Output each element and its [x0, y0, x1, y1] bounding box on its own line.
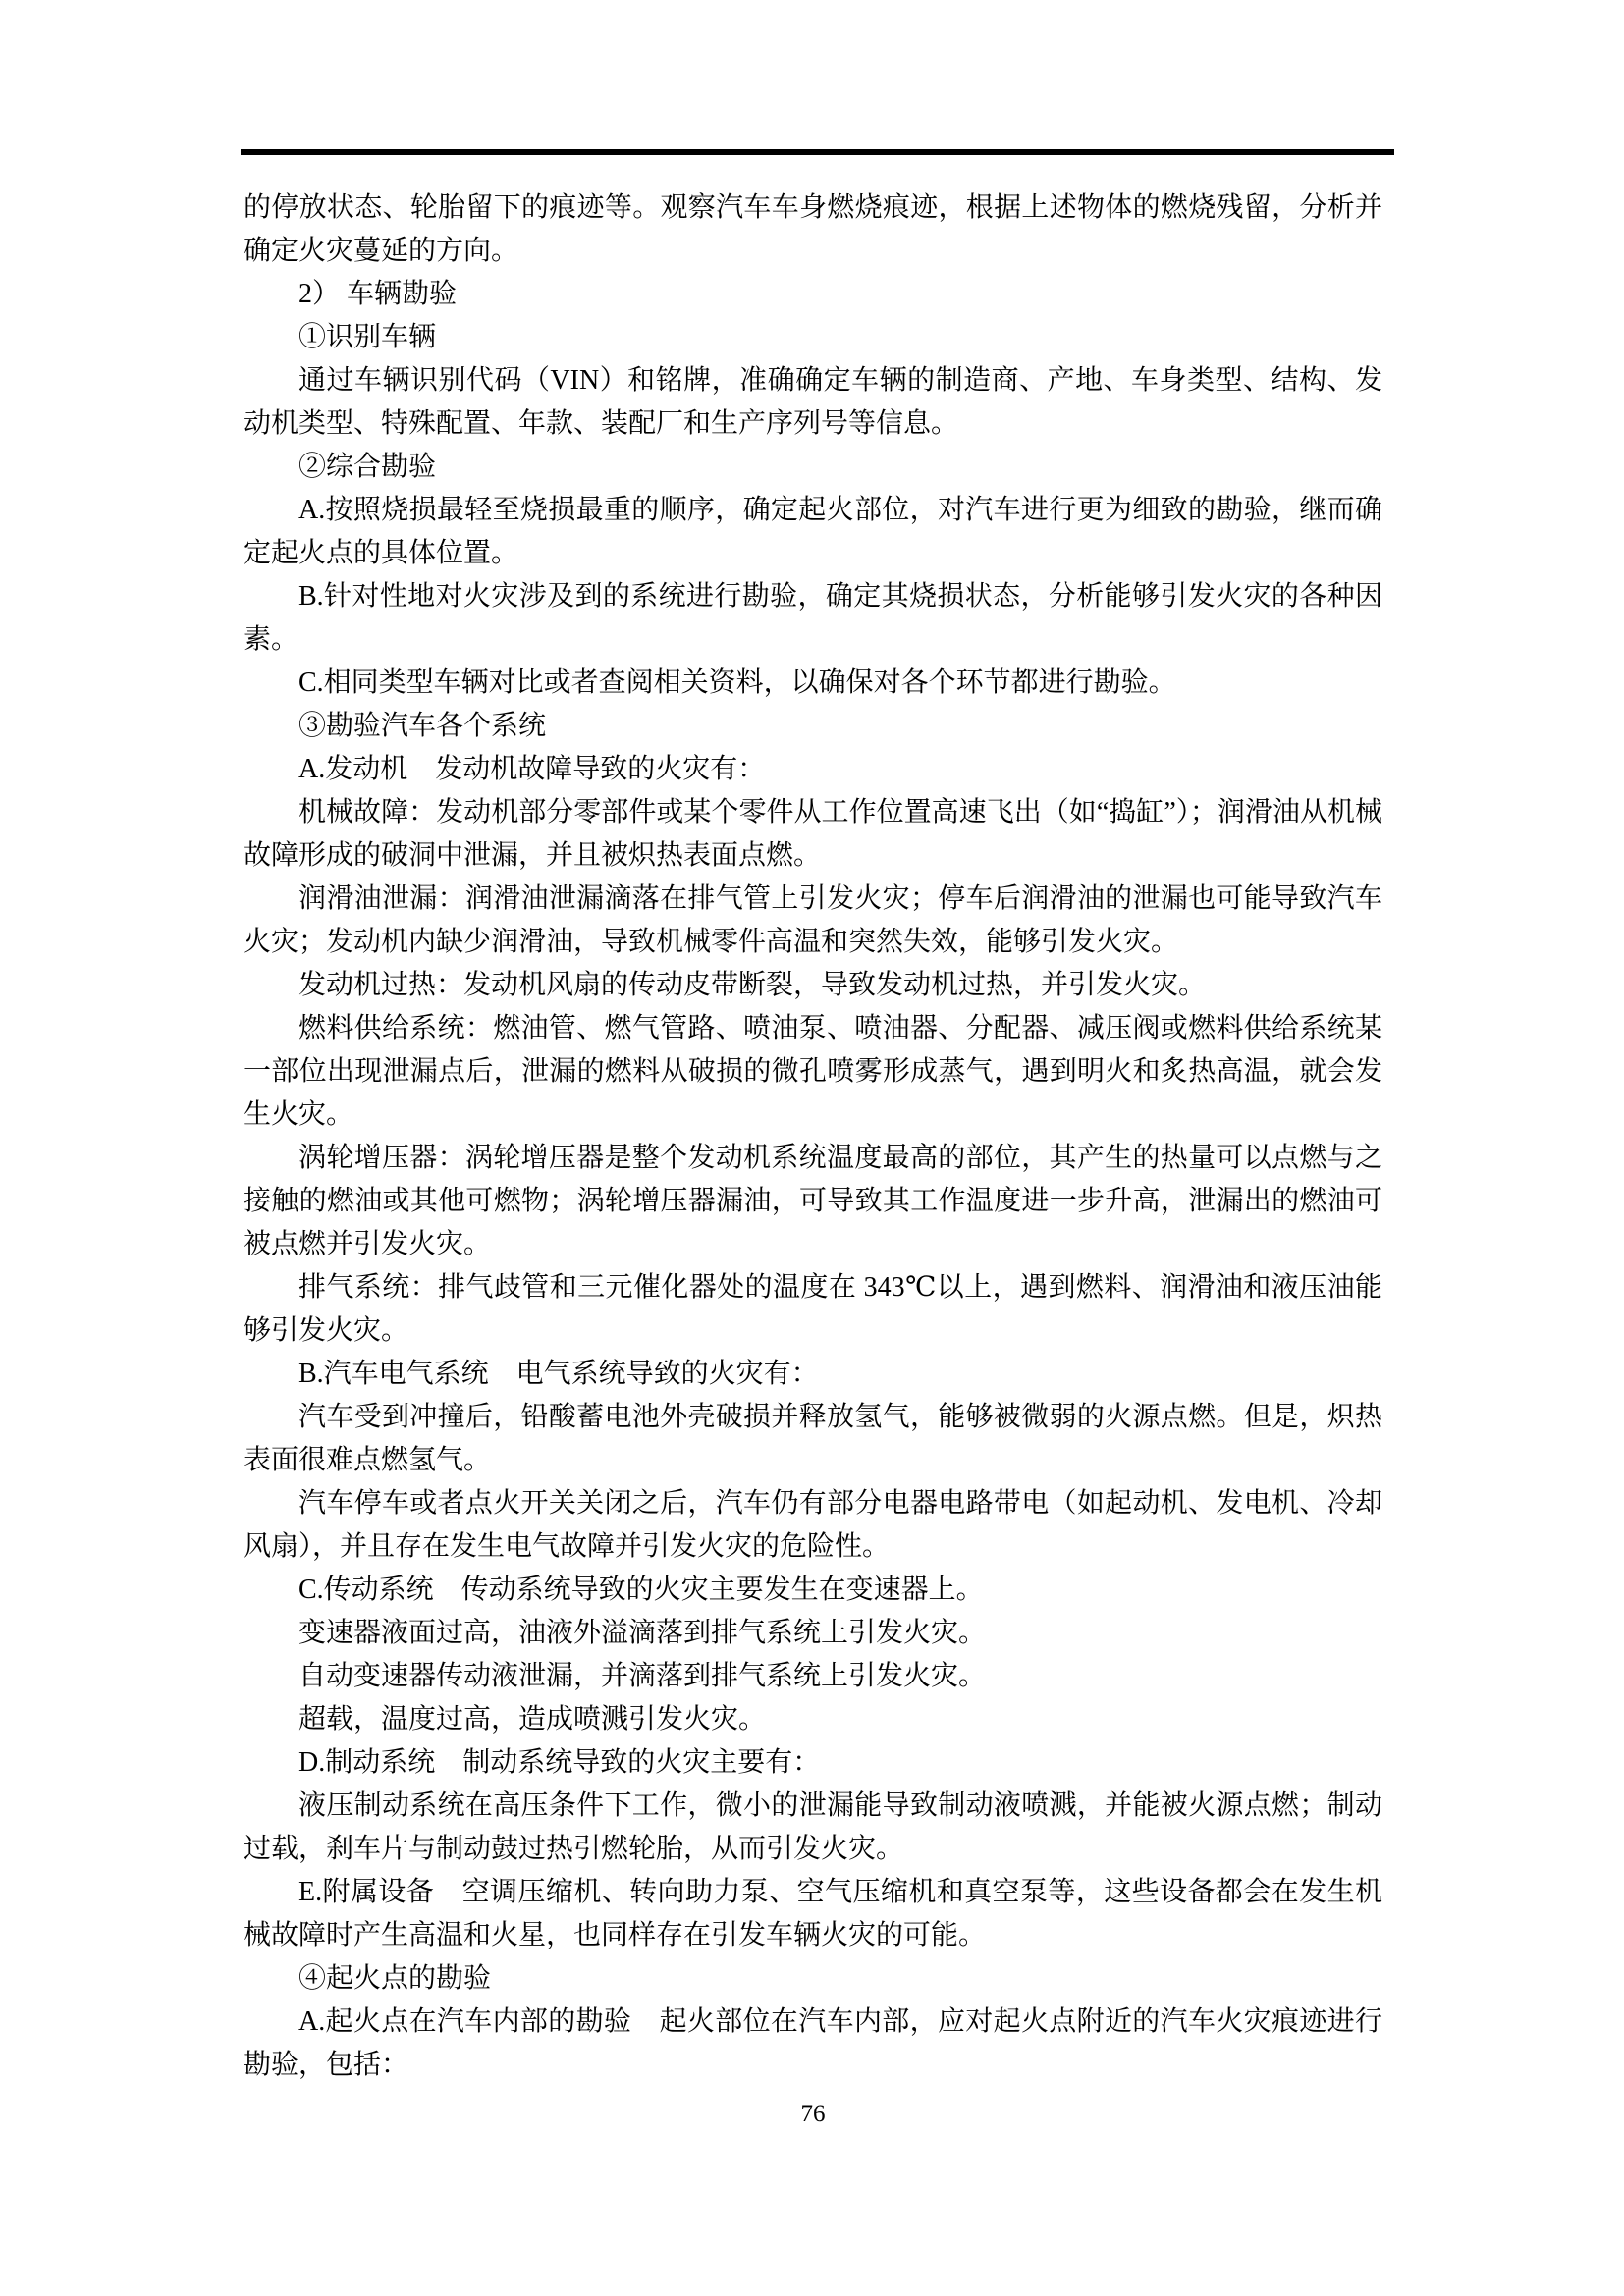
- paragraph: A.按照烧损最轻至烧损最重的顺序，确定起火部位，对汽车进行更为细致的勘验，继而确…: [244, 489, 1382, 575]
- paragraph: 汽车停车或者点火开关关闭之后，汽车仍有部分电器电路带电（如起动机、发电机、冷却风…: [244, 1482, 1382, 1569]
- paragraph: 燃料供给系统：燃油管、燃气管路、喷油泵、喷油器、分配器、减压阀或燃料供给系统某一…: [244, 1007, 1382, 1137]
- paragraph: 发动机过热：发动机风扇的传动皮带断裂，导致发动机过热，并引发火灾。: [244, 964, 1382, 1007]
- paragraph: A.起火点在汽车内部的勘验 起火部位在汽车内部，应对起火点附近的汽车火灾痕迹进行…: [244, 2001, 1382, 2087]
- paragraph: 的停放状态、轮胎留下的痕迹等。观察汽车车身燃烧痕迹，根据上述物体的燃烧残留，分析…: [244, 187, 1382, 273]
- page-number: 76: [801, 2101, 826, 2127]
- paragraph: D.制动系统 制动系统导致的火灾主要有：: [244, 1741, 1382, 1785]
- paragraph: C.传动系统 传动系统导致的火灾主要发生在变速器上。: [244, 1569, 1382, 1612]
- paragraph: 自动变速器传动液泄漏，并滴落到排气系统上引发火灾。: [244, 1655, 1382, 1698]
- document-page: 的停放状态、轮胎留下的痕迹等。观察汽车车身燃烧痕迹，根据上述物体的燃烧残留，分析…: [0, 0, 1624, 2296]
- page-footer: 76: [244, 2099, 1382, 2130]
- paragraph: 机械故障：发动机部分零部件或某个零件从工作位置高速飞出（如“捣缸”）；润滑油从机…: [244, 791, 1382, 878]
- paragraph: 2） 车辆勘验: [244, 273, 1382, 316]
- paragraph: ④起火点的勘验: [244, 1957, 1382, 2001]
- paragraph: 通过车辆识别代码（VIN）和铭牌，准确确定车辆的制造商、产地、车身类型、结构、发…: [244, 359, 1382, 446]
- paragraph: 润滑油泄漏：润滑油泄漏滴落在排气管上引发火灾；停车后润滑油的泄漏也可能导致汽车火…: [244, 878, 1382, 964]
- paragraph: A.发动机 发动机故障导致的火灾有：: [244, 748, 1382, 791]
- header-rule: [241, 149, 1394, 155]
- paragraph: C.相同类型车辆对比或者查阅相关资料，以确保对各个环节都进行勘验。: [244, 662, 1382, 705]
- paragraph: ②综合勘验: [244, 446, 1382, 489]
- body-text: 的停放状态、轮胎留下的痕迹等。观察汽车车身燃烧痕迹，根据上述物体的燃烧残留，分析…: [244, 187, 1382, 2087]
- paragraph: 排气系统：排气歧管和三元催化器处的温度在 343℃以上，遇到燃料、润滑油和液压油…: [244, 1266, 1382, 1353]
- paragraph: 汽车受到冲撞后，铅酸蓄电池外壳破损并释放氢气，能够被微弱的火源点燃。但是，炽热表…: [244, 1396, 1382, 1482]
- paragraph: 液压制动系统在高压条件下工作，微小的泄漏能导致制动液喷溅，并能被火源点燃；制动过…: [244, 1785, 1382, 1871]
- paragraph: 超载，温度过高，造成喷溅引发火灾。: [244, 1698, 1382, 1741]
- paragraph: B.针对性地对火灾涉及到的系统进行勘验，确定其烧损状态，分析能够引发火灾的各种因…: [244, 575, 1382, 662]
- paragraph: E.附属设备 空调压缩机、转向助力泵、空气压缩机和真空泵等，这些设备都会在发生机…: [244, 1871, 1382, 1957]
- paragraph: ①识别车辆: [244, 316, 1382, 359]
- paragraph: B.汽车电气系统 电气系统导致的火灾有：: [244, 1353, 1382, 1396]
- paragraph: 涡轮增压器：涡轮增压器是整个发动机系统温度最高的部位，其产生的热量可以点燃与之接…: [244, 1137, 1382, 1266]
- paragraph: 变速器液面过高，油液外溢滴落到排气系统上引发火灾。: [244, 1612, 1382, 1655]
- paragraph: ③勘验汽车各个系统: [244, 705, 1382, 748]
